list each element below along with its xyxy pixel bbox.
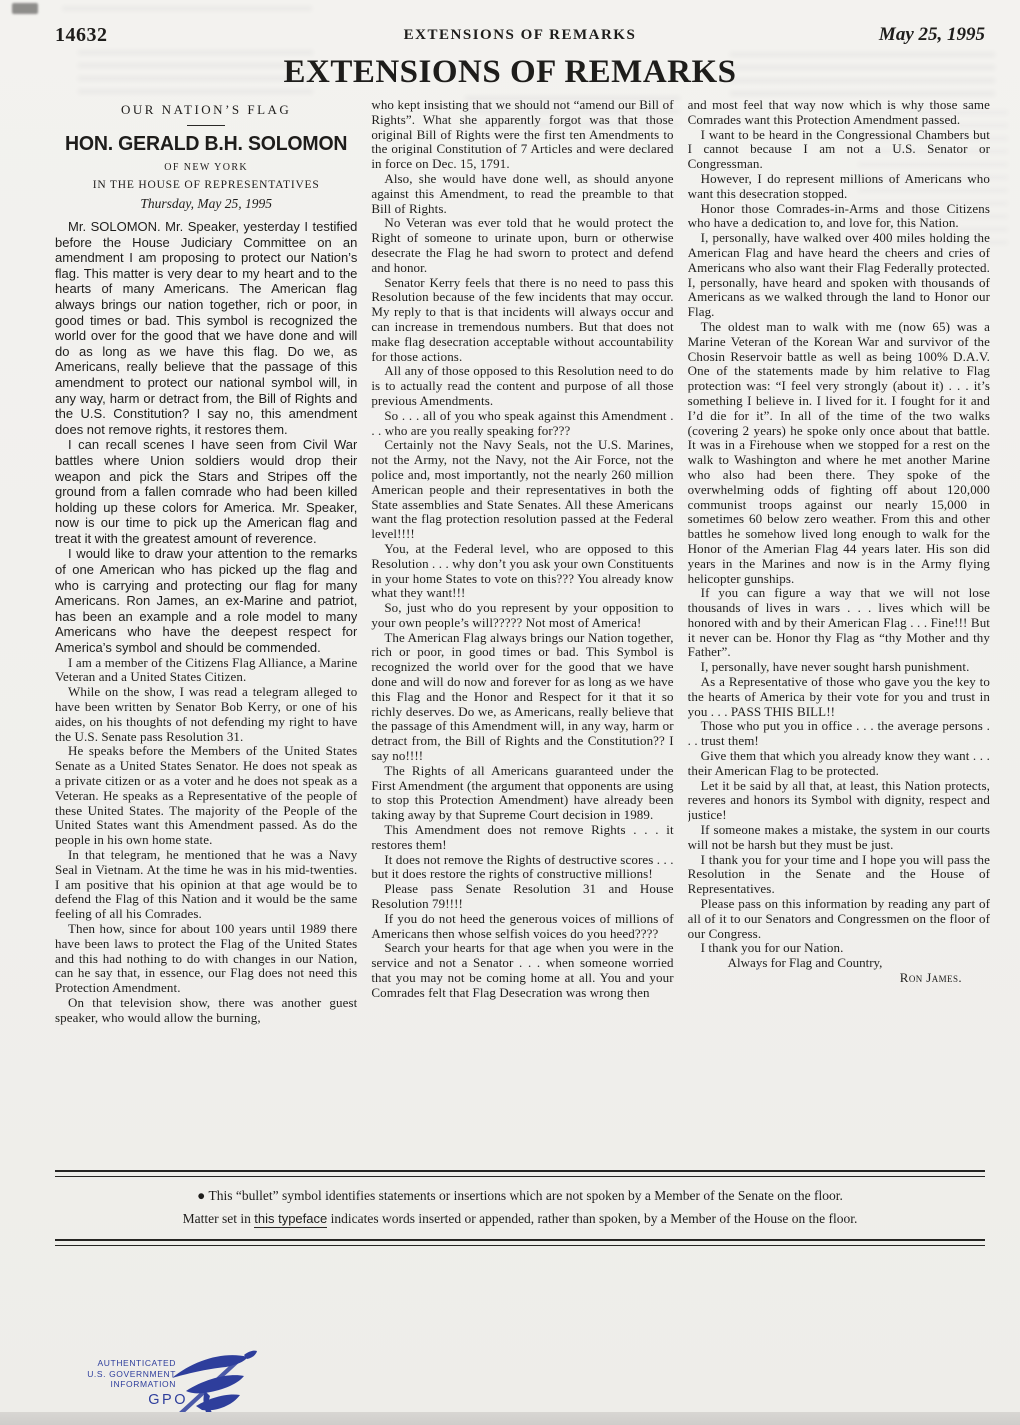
scan-smudge — [12, 3, 38, 14]
running-head-title: EXTENSIONS OF REMARKS — [55, 27, 985, 44]
dateline: Thursday, May 25, 1995 — [55, 196, 357, 212]
gpo-seal-line1: AUTHENTICATED — [68, 1358, 176, 1369]
paragraph: All any of those opposed to this Resolut… — [371, 364, 673, 408]
article-kicker: OUR NATION’S FLAG — [55, 102, 357, 118]
footer-top-rule — [55, 1170, 985, 1177]
paragraph: However, I do represent millions of Amer… — [688, 172, 990, 202]
running-head-date: May 25, 1995 — [879, 24, 985, 46]
paragraph: The Rights of all Americans guaranteed u… — [371, 764, 673, 823]
paragraph: I would like to draw your attention to t… — [55, 546, 357, 655]
paragraph: Honor those Comrades-in-Arms and those C… — [688, 202, 990, 232]
paragraph: I, personally, have walked over 400 mile… — [688, 231, 990, 320]
paragraph: While on the show, I was read a telegram… — [55, 685, 357, 744]
paragraph: On that television show, there was anoth… — [55, 996, 357, 1026]
paragraph: The oldest man to walk with me (now 65) … — [688, 320, 990, 586]
paragraph: I thank you for our Nation. — [688, 941, 990, 956]
paragraph: If someone makes a mistake, the system i… — [688, 823, 990, 853]
running-header: 14632 EXTENSIONS OF REMARKS May 25, 1995 — [55, 24, 985, 48]
paragraph: Certainly not the Navy Seals, not the U.… — [371, 438, 673, 542]
column-1: OUR NATION’S FLAG HON. GERALD B.H. SOLOM… — [55, 98, 357, 1166]
spoken-text-block: I am a member of the Citizens Flag Allia… — [55, 656, 357, 1026]
paragraph: I thank you for your time and I hope you… — [688, 853, 990, 897]
congressional-record-page: 14632 EXTENSIONS OF REMARKS May 25, 1995… — [0, 0, 1020, 1425]
footer-notes: ● This “bullet” symbol identifies statem… — [55, 1170, 985, 1246]
paragraph: Please pass Senate Resolution 31 and Hou… — [371, 882, 673, 912]
column-2: who kept insisting that we should not “a… — [371, 98, 673, 1166]
chamber-line: IN THE HOUSE OF REPRESENTATIVES — [55, 179, 357, 191]
paragraph: In that telegram, he mentioned that he w… — [55, 848, 357, 922]
paragraph: You, at the Federal level, who are oppos… — [371, 542, 673, 601]
paragraph: It does not remove the Rights of destruc… — [371, 853, 673, 883]
signature: Ron James. — [688, 971, 990, 986]
scan-bleedthrough — [62, 6, 312, 18]
bullet-note: ● This “bullet” symbol identifies statem… — [55, 1188, 985, 1204]
gpo-seal-line3: INFORMATION — [68, 1379, 176, 1390]
column-3: and most feel that way now which is why … — [688, 98, 990, 1166]
scan-edge-band — [0, 1412, 1020, 1425]
paragraph: No Veteran was ever told that he would p… — [371, 216, 673, 275]
paragraph: The American Flag always brings our Nati… — [371, 631, 673, 764]
paragraph: Please pass on this information by readi… — [688, 897, 990, 941]
typeface-sample: this typeface — [254, 1211, 327, 1228]
paragraph: Then how, since for about 100 years unti… — [55, 922, 357, 996]
paragraph: I want to be heard in the Congressional … — [688, 128, 990, 172]
column-3-text: and most feel that way now which is why … — [688, 98, 990, 956]
section-title: EXTENSIONS OF REMARKS — [0, 54, 1020, 91]
paragraph: So . . . all of you who speak against th… — [371, 409, 673, 439]
paragraph: Mr. SOLOMON. Mr. Speaker, yesterday I te… — [55, 219, 357, 437]
bullet-note-text: This “bullet” symbol identifies statemen… — [205, 1188, 843, 1203]
paragraph: Those who put you in office . . . the av… — [688, 719, 990, 749]
speaker-name: HON. GERALD B.H. SOLOMON — [55, 133, 357, 157]
typeface-note-prefix: Matter set in — [183, 1211, 255, 1226]
paragraph: As a Representative of those who gave yo… — [688, 675, 990, 719]
paragraph: Search your hearts for that age when you… — [371, 941, 673, 1000]
paragraph: If you do not heed the generous voices o… — [371, 912, 673, 942]
paragraph: Let it be said by all that, at least, th… — [688, 779, 990, 823]
paragraph: He speaks before the Members of the Unit… — [55, 744, 357, 848]
closing-line: Always for Flag and Country, — [688, 956, 990, 971]
paragraph: who kept insisting that we should not “a… — [371, 98, 673, 172]
inserted-text-block: Mr. SOLOMON. Mr. Speaker, yesterday I te… — [55, 219, 357, 656]
paragraph: So, just who do you represent by your op… — [371, 601, 673, 631]
paragraph: I, personally, have never sought harsh p… — [688, 660, 990, 675]
footer-bottom-rule — [55, 1239, 985, 1246]
gpo-seal-line2: U.S. GOVERNMENT — [68, 1369, 176, 1380]
gpo-seal-text: AUTHENTICATED U.S. GOVERNMENT INFORMATIO… — [68, 1358, 176, 1390]
paragraph: and most feel that way now which is why … — [688, 98, 990, 128]
typeface-note: Matter set in this typeface indicates wo… — [55, 1211, 985, 1227]
paragraph: Give them that which you already know th… — [688, 749, 990, 779]
paragraph: This Amendment does not remove Rights . … — [371, 823, 673, 853]
article-columns: OUR NATION’S FLAG HON. GERALD B.H. SOLOM… — [55, 98, 990, 1166]
paragraph: I am a member of the Citizens Flag Allia… — [55, 656, 357, 686]
paragraph: Also, she would have done well, as shoul… — [371, 172, 673, 216]
paragraph: If you can figure a way that we will not… — [688, 586, 990, 660]
kicker-rule — [187, 125, 225, 126]
paragraph: Senator Kerry feels that there is no nee… — [371, 276, 673, 365]
paragraph: I can recall scenes I have seen from Civ… — [55, 437, 357, 546]
speaker-state: OF NEW YORK — [55, 162, 357, 173]
typeface-note-suffix: indicates words inserted or appended, ra… — [327, 1211, 857, 1226]
